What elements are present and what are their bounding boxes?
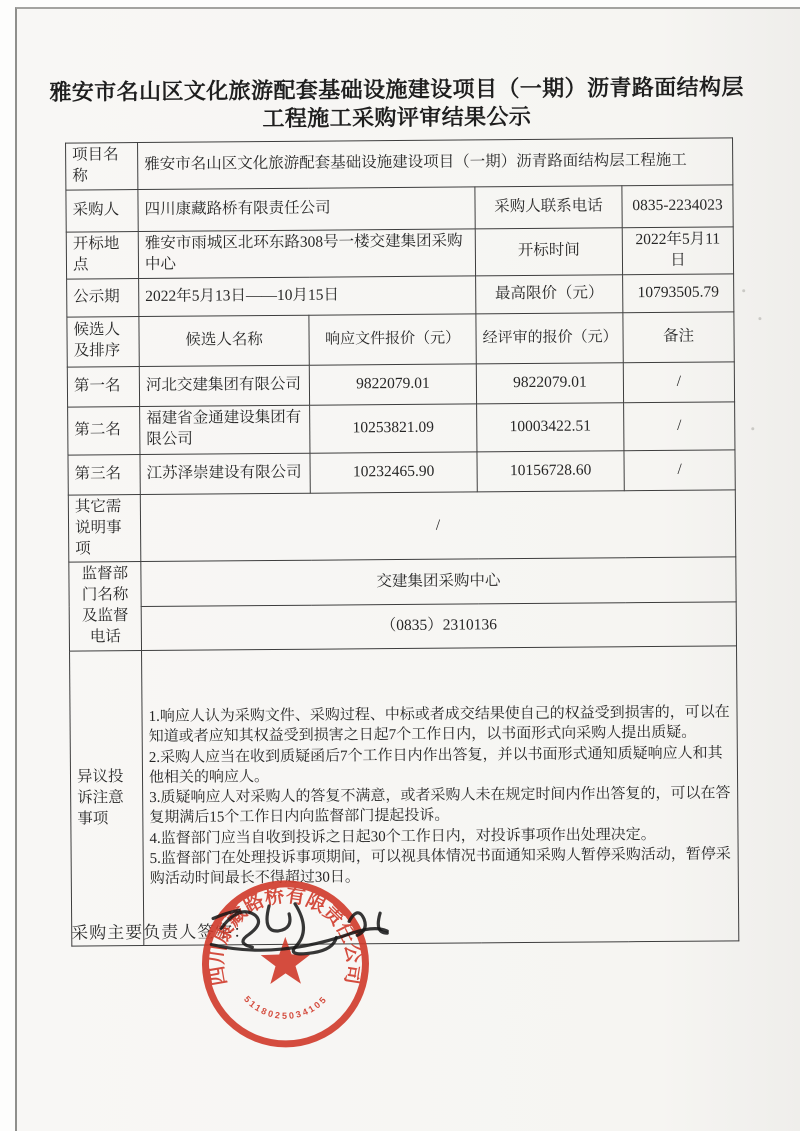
value-purchaser-phone: 0835-2234023 (622, 185, 733, 228)
evaluated-bid-cell: 10003422.51 (477, 402, 624, 451)
bid-cell: 10253821.09 (310, 404, 477, 453)
value-publicity-period: 2022年5月13日——10月15日 (139, 276, 476, 317)
label-bid-opening-place: 开标地点 (66, 231, 138, 278)
document-sheet: 雅安市名山区文化旅游配套基础设施建设项目（一期）沥青路面结构层工程施工采购评审结… (0, 0, 800, 1131)
header-bid-price: 响应文件报价（元） (309, 314, 476, 365)
objection-item: 3.质疑响应人对采购人的答复不满意，或者采购人未在规定时间内作出答复的，可以在答… (149, 783, 731, 828)
label-project-name: 项目名称 (66, 143, 138, 190)
document-title: 雅安市名山区文化旅游配套基础设施建设项目（一期）沥青路面结构层工程施工采购评审结… (41, 73, 753, 135)
table-row: 监督部门名称及监督电话 交建集团采购中心 (69, 557, 736, 607)
note-cell: / (624, 402, 735, 451)
header-note: 备注 (623, 312, 734, 363)
label-purchaser-phone: 采购人联系电话 (475, 186, 622, 229)
value-supervision-department: 交建集团采购中心 (141, 557, 736, 606)
label-purchaser: 采购人 (66, 189, 138, 232)
table-row: 公示期 2022年5月13日——10月15日 最高限价（元） 10793505.… (67, 274, 734, 317)
scan-speck (751, 427, 754, 430)
label-objection: 异议投诉注意事项 (70, 651, 144, 947)
value-supervision-phone: （0835）2310136 (141, 602, 736, 651)
header-evaluated-price: 经评审的报价（元） (476, 312, 623, 363)
objection-item: 2.采购人应当在收到质疑函后7个工作日内作出答复，并以书面形式通知质疑响应人和其… (149, 743, 731, 788)
value-bid-opening-time: 2022年5月11日 (622, 227, 733, 275)
value-other-notes: / (140, 490, 736, 562)
table-row: 其它需说明事项 / (68, 490, 736, 563)
rank-cell: 第三名 (68, 454, 140, 495)
evaluated-bid-cell: 10156728.60 (477, 450, 624, 491)
rank-cell: 第一名 (67, 366, 139, 407)
value-bid-opening-place: 雅安市雨城区北环东路308号一楼交建集团采购中心 (138, 229, 475, 278)
rank-cell: 第二名 (68, 406, 140, 455)
candidate-header-row: 候选人及排序 候选人名称 响应文件报价（元） 经评审的报价（元） 备注 (67, 312, 734, 367)
table-row: （0835）2310136 (69, 602, 736, 652)
company-name-cell: 河北交建集团有限公司 (139, 365, 309, 406)
table-row: 项目名称 雅安市名山区文化旅游配套基础设施建设项目（一期）沥青路面结构层工程施工 (66, 138, 733, 190)
value-max-price: 10793505.79 (623, 274, 734, 313)
label-bid-opening-time: 开标时间 (475, 228, 622, 276)
scan-speck (742, 289, 745, 292)
label-other-notes: 其它需说明事项 (68, 494, 141, 562)
label-max-price: 最高限价（元） (476, 274, 623, 313)
bid-cell: 9822079.01 (309, 364, 476, 405)
candidate-row: 第二名 福建省金通建设集团有限公司 10253821.09 10003422.5… (68, 402, 735, 455)
note-cell: / (624, 450, 735, 491)
handwritten-signature (199, 893, 440, 967)
company-name-cell: 福建省金通建设集团有限公司 (140, 405, 310, 454)
bid-cell: 10232465.90 (310, 452, 477, 493)
table-row: 开标地点 雅安市雨城区北环东路308号一楼交建集团采购中心 开标时间 2022年… (66, 227, 733, 279)
evaluated-bid-cell: 9822079.01 (476, 362, 623, 403)
header-candidate-name: 候选人名称 (139, 315, 309, 366)
label-supervision: 监督部门名称及监督电话 (69, 562, 142, 651)
company-name-cell: 江苏泽崇建设有限公司 (140, 453, 310, 494)
value-project-name: 雅安市名山区文化旅游配套基础设施建设项目（一期）沥青路面结构层工程施工 (138, 138, 733, 190)
result-table: 项目名称 雅安市名山区文化旅游配套基础设施建设项目（一期）沥青路面结构层工程施工… (65, 137, 739, 946)
label-publicity-period: 公示期 (67, 278, 139, 317)
scan-speck (758, 317, 761, 320)
value-purchaser: 四川康藏路桥有限责任公司 (138, 187, 475, 232)
table-row: 采购人 四川康藏路桥有限责任公司 采购人联系电话 0835-2234023 (66, 185, 733, 232)
candidate-row: 第一名 河北交建集团有限公司 9822079.01 9822079.01 / (67, 362, 734, 407)
candidate-row: 第三名 江苏泽崇建设有限公司 10232465.90 10156728.60 / (68, 450, 735, 495)
stamp-serial-number: 5118025034105 (242, 993, 330, 1021)
svg-text:5118025034105: 5118025034105 (242, 993, 330, 1021)
note-cell: / (623, 362, 734, 403)
objection-item: 1.响应人认为采购文件、采购过程、中标或者成交结果使自己的权益受到损害的，可以在… (148, 702, 730, 747)
header-rank: 候选人及排序 (67, 316, 139, 367)
